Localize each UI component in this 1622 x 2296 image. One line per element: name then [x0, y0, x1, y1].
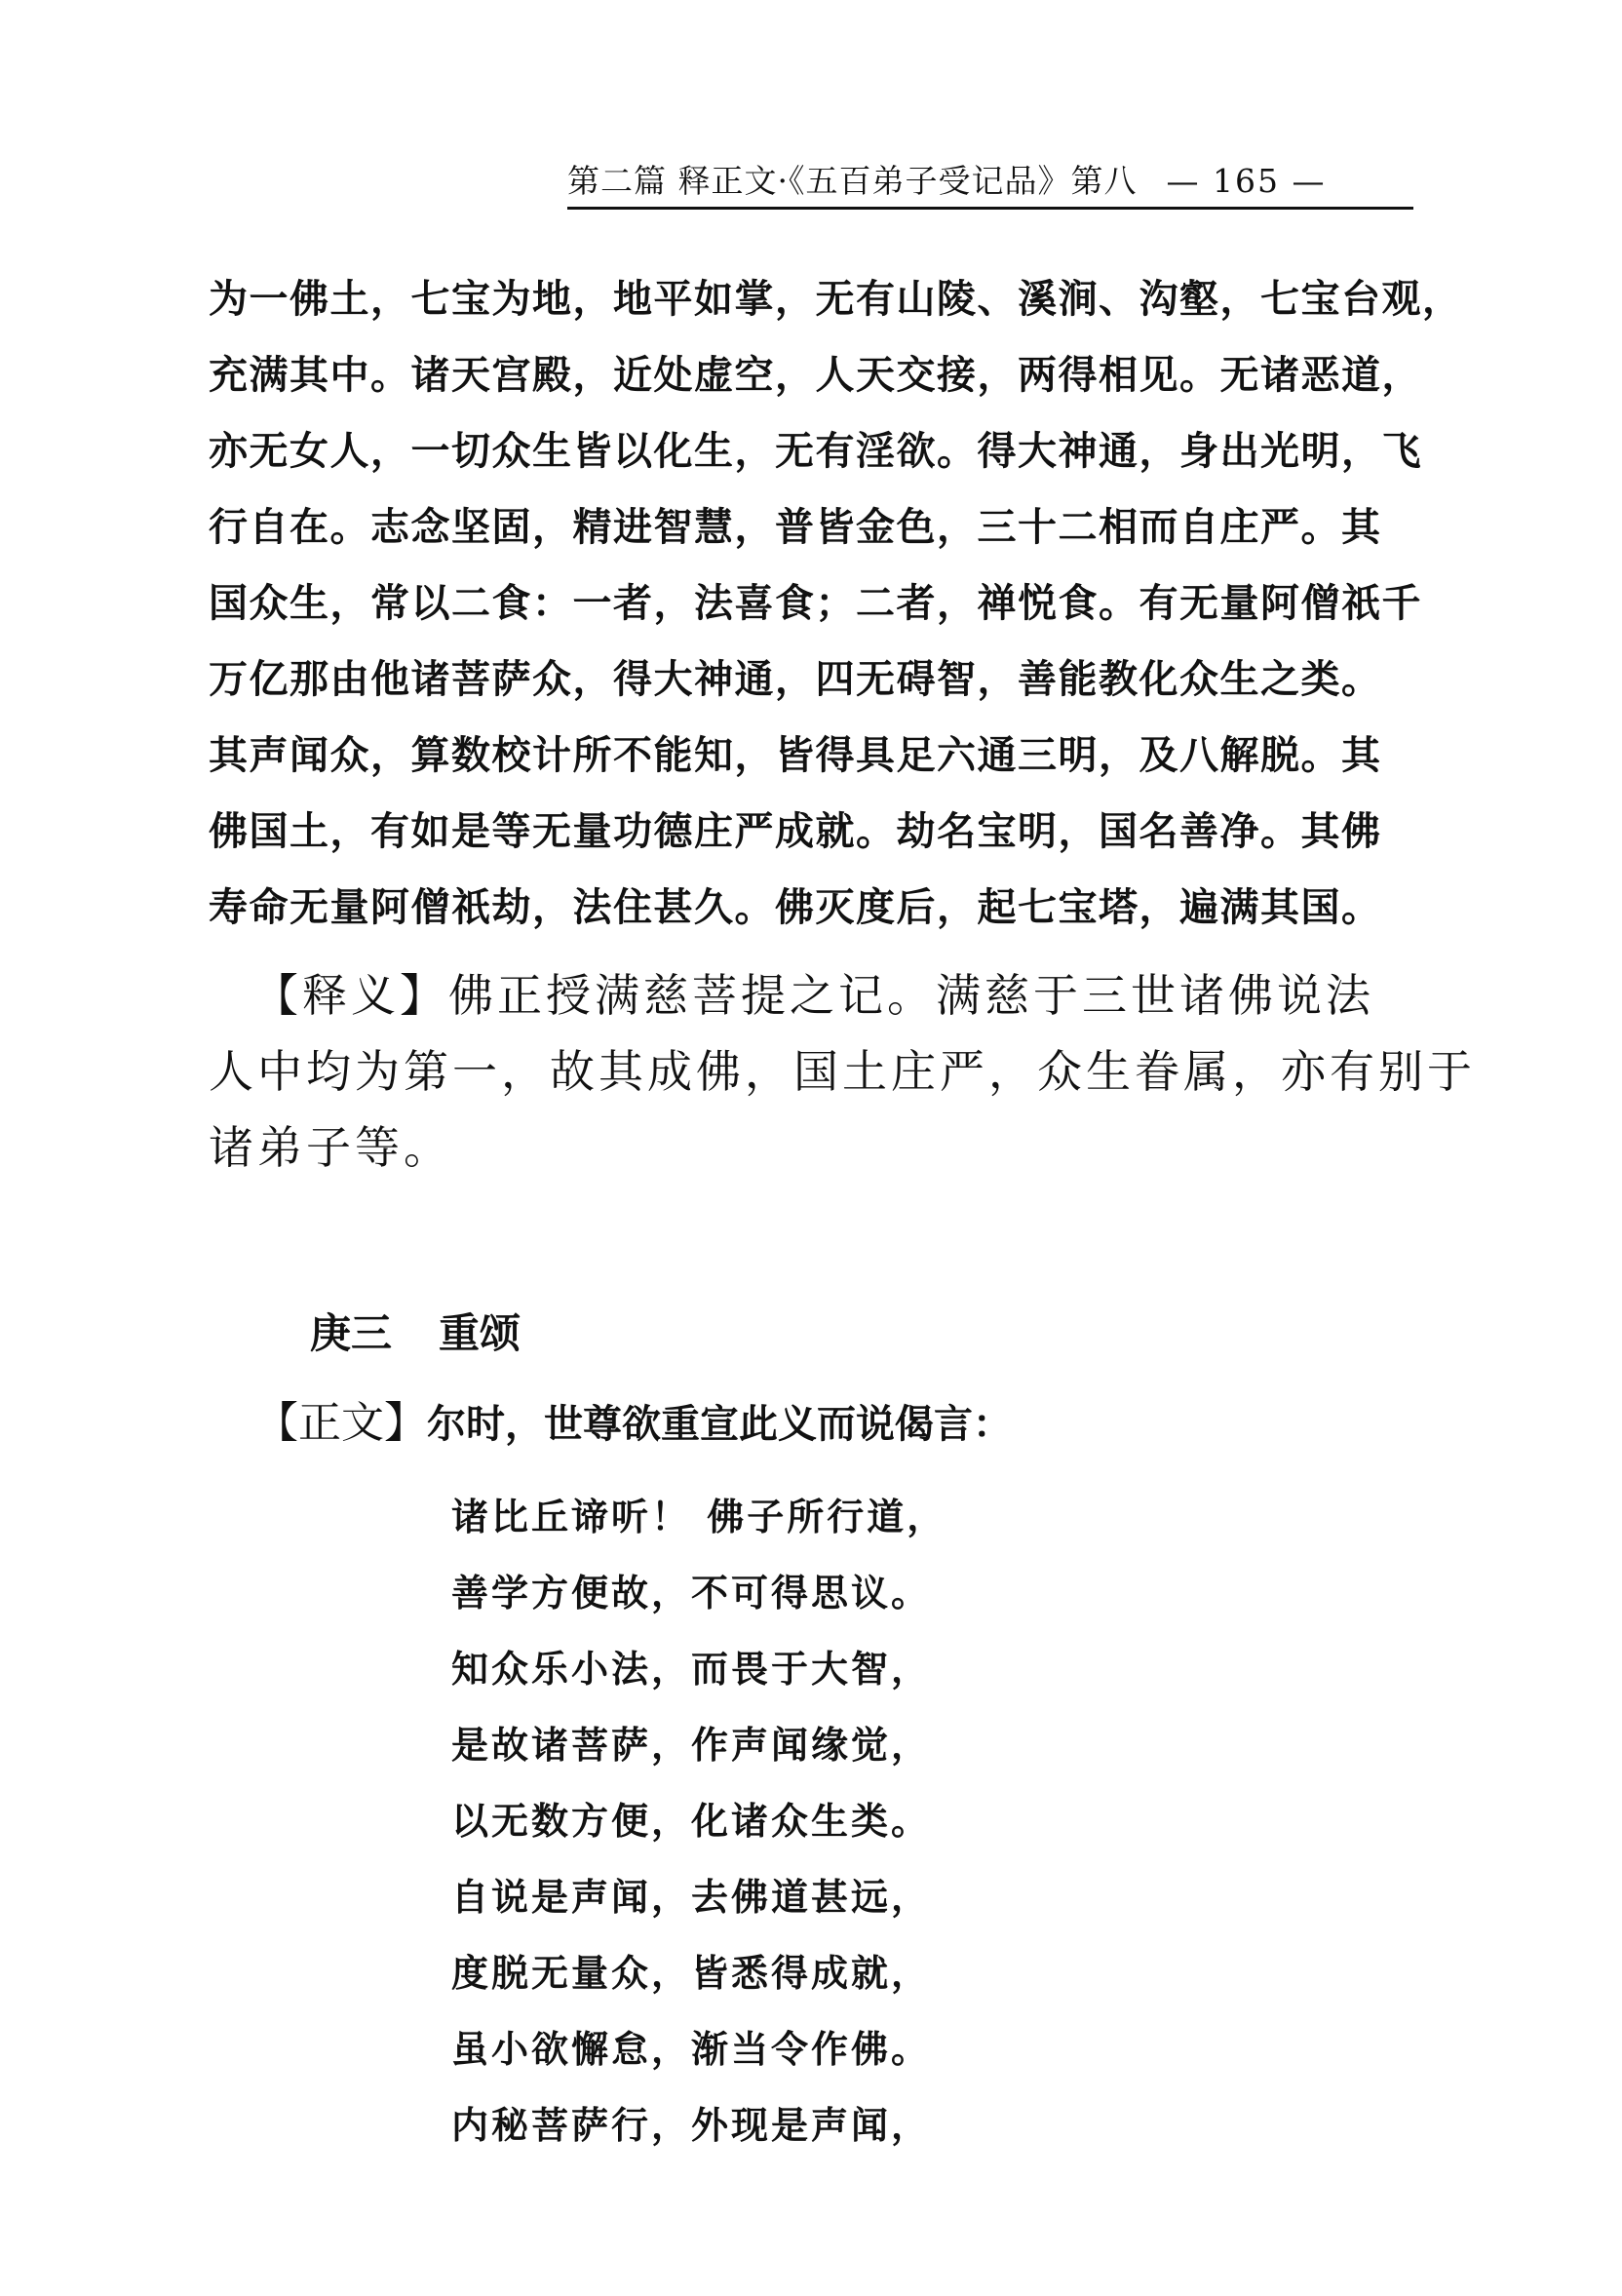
sutra-line: 万亿那由他诸菩萨众，得大神通，四无碍智，善能教化众生之类。 — [209, 642, 1427, 718]
commentary-line: 人中均为第一，故其成佛，国土庄严，众生眷属，亦有别于 — [209, 1033, 1427, 1109]
verse-intro-text: 尔时，世尊欲重宣此义而说偈言： — [427, 1402, 1012, 1447]
verse-line: 内秘菩萨行，外现是声闻， — [451, 2087, 946, 2163]
verse-line: 诸比丘谛听！ 佛子所行道， — [451, 1479, 946, 1555]
verse-block: 诸比丘谛听！ 佛子所行道， 善学方便故，不可得思议。 知众乐小法，而畏于大智， … — [451, 1479, 946, 2163]
sutra-passage: 为一佛土，七宝为地，地平如掌，无有山陵、溪涧、沟壑，七宝台观， 充满其中。诸天宫… — [209, 261, 1427, 946]
sutra-line: 国众生，常以二食：一者，法喜食；二者，禅悦食。有无量阿僧祇千 — [209, 565, 1427, 642]
sutra-line: 为一佛土，七宝为地，地平如掌，无有山陵、溪涧、沟壑，七宝台观， — [209, 261, 1427, 337]
verse-line: 度脱无量众，皆悉得成就， — [451, 1935, 946, 2011]
sutra-line: 行自在。志念坚固，精进智慧，普皆金色，三十二相而自庄严。其 — [209, 489, 1427, 565]
sutra-line: 佛国土，有如是等无量功德庄严成就。劫名宝明，国名善净。其佛 — [209, 794, 1427, 870]
sutra-line: 其声闻众，算数校计所不能知，皆得具足六通三明，及八解脱。其 — [209, 718, 1427, 794]
verse-line: 自说是声闻，去佛道甚远， — [451, 1859, 946, 1935]
sutra-line: 亦无女人，一切众生皆以化生，无有淫欲。得大神通，身出光明，飞 — [209, 413, 1427, 489]
commentary-line: 【释义】佛正授满慈菩提之记。满慈于三世诸佛说法 — [209, 957, 1427, 1033]
sutra-line: 寿命无量阿僧祇劫，法住甚久。佛灭度后，起七宝塔，遍满其国。 — [209, 870, 1427, 946]
commentary-paragraph: 【释义】佛正授满慈菩提之记。满慈于三世诸佛说法 人中均为第一，故其成佛，国土庄严… — [209, 957, 1427, 1186]
section-heading: 庚三重颂 — [310, 1306, 521, 1361]
sutra-line: 充满其中。诸天宫殿，近处虚空，人天交接，两得相见。无诸恶道， — [209, 337, 1427, 413]
commentary-label: 【释义】 — [253, 969, 448, 1022]
verse-line: 是故诸菩萨，作声闻缘觉， — [451, 1707, 946, 1783]
commentary-text: 佛正授满慈菩提之记。满慈于三世诸佛说法 — [448, 969, 1374, 1022]
verse-line: 善学方便故，不可得思议。 — [451, 1555, 946, 1631]
verse-intro-label: 【正文】 — [255, 1398, 427, 1448]
running-header-title: 第二篇 释正文·《五百弟子受记品》第八 — [567, 159, 1137, 204]
section-title: 重颂 — [439, 1309, 521, 1357]
page-number: — 165 — — [1166, 159, 1326, 204]
verse-line: 虽小欲懈怠，渐当令作佛。 — [451, 2011, 946, 2087]
commentary-line: 诸弟子等。 — [209, 1109, 1427, 1186]
section-number: 庚三 — [310, 1309, 392, 1357]
header-divider — [567, 207, 1413, 210]
running-header: 第二篇 释正文·《五百弟子受记品》第八 — 165 — — [567, 159, 1413, 204]
verse-line: 以无数方便，化诸众生类。 — [451, 1783, 946, 1859]
verse-intro: 【正文】尔时，世尊欲重宣此义而说偈言： — [255, 1396, 1012, 1452]
verse-line: 知众乐小法，而畏于大智， — [451, 1631, 946, 1707]
